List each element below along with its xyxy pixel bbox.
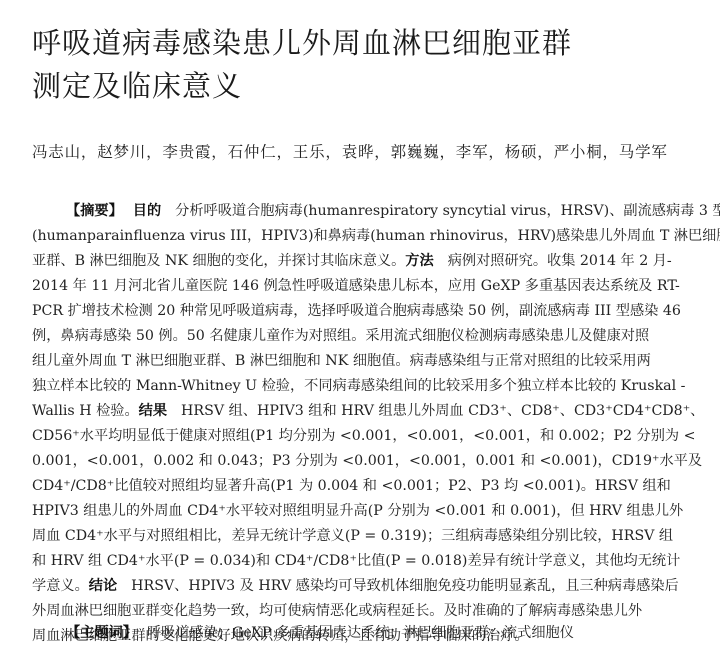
abstract-line: 2014 年 11 月河北省儿童医院 146 例急性呼吸道感染患儿标本，应用 G… — [32, 274, 686, 299]
abstract-line: 学意义。结论HRSV、HPIV3 及 HRV 感染均可导致机体细胞免疫功能明显紊… — [32, 574, 686, 599]
abstract-line: PCR 扩增技术检测 20 种常见呼吸道病毒，选择呼吸道合胞病毒感染 50 例，… — [32, 299, 686, 324]
abstract-line: 【摘要】目的分析呼吸道合胞病毒(humanrespiratory syncyti… — [32, 199, 686, 224]
abstract-line: CD4⁺/CD8⁺比值较对照组均显著升高(P1 为 0.004 和 <0.001… — [32, 474, 686, 499]
paper-title-line-2: 测定及临床意义 — [32, 69, 242, 103]
author-list: 冯志山，赵梦川，李贵霞，石仲仁，王乐，袁晔，郭巍巍，李军，杨硕，严小桐，马学军 — [32, 141, 712, 163]
keywords-text: 呼吸道感染；GeXP 多重基因表达系统；淋巴细胞亚群；流式细胞仪 — [147, 625, 574, 641]
paper-title: 呼吸道病毒感染患儿外周血淋巴细胞亚群 测定及临床意义 — [32, 22, 712, 108]
abstract-line: Wallis H 检验。结果HRSV 组、HPIV3 组和 HRV 组患儿外周血… — [32, 399, 686, 424]
abstract-line: 组儿童外周血 T 淋巴细胞亚群、B 淋巴细胞和 NK 细胞值。病毒感染组与正常对… — [32, 349, 686, 374]
abstract-line: 亚群、B 淋巴细胞及 NK 细胞的变化，并探讨其临床意义。方法病例对照研究。收集… — [32, 249, 686, 274]
abstract-line: 例，鼻病毒感染 50 例。50 名健康儿童作为对照组。采用流式细胞仪检测病毒感染… — [32, 324, 686, 349]
section-results-label: 结果 — [139, 403, 167, 419]
section-conclusion-label: 结论 — [89, 578, 117, 594]
abstract-line: 周血 CD4⁺水平与对照组相比，差异无统计学意义(P = 0.319)；三组病毒… — [32, 524, 686, 549]
abstract-line: 0.001，<0.001，0.002 和 0.043；P3 分别为 <0.001… — [32, 449, 686, 474]
paper-title-line-1: 呼吸道病毒感染患儿外周血淋巴细胞亚群 — [32, 26, 572, 60]
abstract-line: 独立样本比较的 Mann-Whitney U 检验，不同病毒感染组间的比较采用多… — [32, 374, 686, 399]
abstract-label: 【摘要】 — [66, 203, 123, 219]
abstract-line: CD56⁺水平均明显低于健康对照组(P1 均分别为 <0.001，<0.001，… — [32, 424, 686, 449]
keywords-label: 【主题词】 — [66, 625, 137, 641]
abstract-line: (humanparainfluenza virus III，HPIV3)和鼻病毒… — [32, 224, 686, 249]
keywords: 【主题词】呼吸道感染；GeXP 多重基因表达系统；淋巴细胞亚群；流式细胞仪 — [66, 621, 706, 646]
abstract: 【摘要】目的分析呼吸道合胞病毒(humanrespiratory syncyti… — [32, 199, 686, 649]
abstract-line: HPIV3 组患儿的外周血 CD4⁺水平较对照组明显升高(P 分别为 <0.00… — [32, 499, 686, 524]
section-objective-label: 目的 — [133, 203, 161, 219]
section-methods-label: 方法 — [405, 253, 433, 269]
abstract-line: 和 HRV 组 CD4⁺水平(P = 0.034)和 CD4⁺/CD8⁺比值(P… — [32, 549, 686, 574]
